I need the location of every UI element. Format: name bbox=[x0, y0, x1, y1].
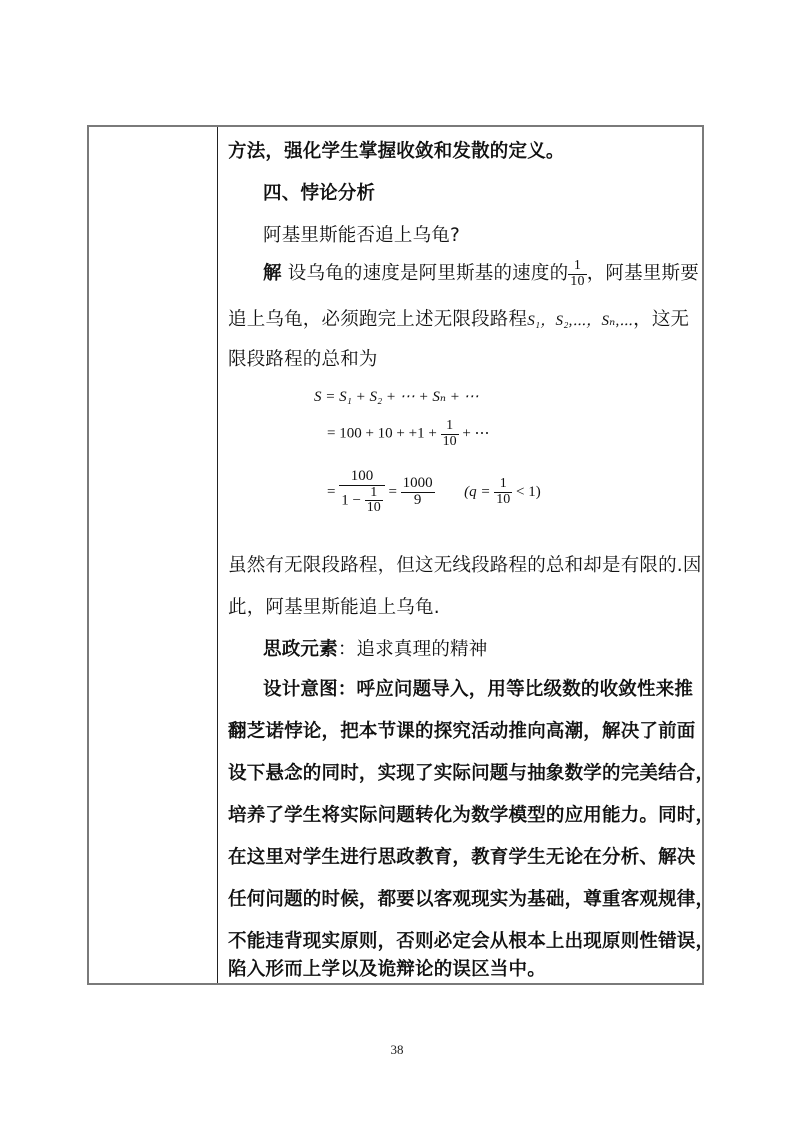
solution-line-3: 限段路程的总和为 bbox=[228, 345, 378, 371]
series-terms: S₁，S₂,⋯，Sₙ,⋯ bbox=[527, 313, 633, 329]
solution-line-2: 追上乌龟，必须跑完上述无限段路程S₁，S₂,⋯，Sₙ,⋯，这无 bbox=[228, 305, 689, 331]
question-text: 阿基里斯能否追上乌龟? bbox=[263, 221, 460, 247]
content-cell: 方法，强化学生掌握收敛和发散的定义。 四、悖论分析 阿基里斯能否追上乌龟? 解 … bbox=[219, 127, 702, 983]
equation-1: S = S₁ + S₂ + ⋯ + Sₙ + ⋯ bbox=[314, 387, 479, 406]
design-intent-line: 任何问题的时候，都要以客观现实为基础，尊重客观规律， bbox=[228, 885, 714, 911]
equation-3: = 100 1 − 110 = 10009 (q = 110 < 1) bbox=[327, 469, 541, 516]
solution-text: 设乌龟的速度是阿里斯基的速度的 bbox=[282, 263, 569, 284]
equation-2: = 100 + 10 + +1 + 110 + ⋯ bbox=[327, 419, 490, 449]
left-column-cell bbox=[89, 127, 218, 983]
solution-label: 解 bbox=[263, 263, 282, 284]
page-number: 38 bbox=[0, 1042, 794, 1058]
solution-line-1: 解 设乌龟的速度是阿里斯基的速度的110，阿基里斯要 bbox=[263, 259, 699, 289]
ideology-line: 思政元素：追求真理的精神 bbox=[263, 635, 487, 661]
section-heading: 四、悖论分析 bbox=[263, 179, 375, 205]
design-intent-line: 培养了学生将实际问题转化为数学模型的应用能力。同时， bbox=[228, 801, 714, 827]
design-intent-line: 在这里对学生进行思政教育，教育学生无论在分析、解决 bbox=[228, 843, 696, 869]
text-line: 方法，强化学生掌握收敛和发散的定义。 bbox=[228, 137, 565, 163]
lesson-table: 方法，强化学生掌握收敛和发散的定义。 四、悖论分析 阿基里斯能否追上乌龟? 解 … bbox=[87, 125, 704, 985]
conclusion-line-2: 此，阿基里斯能追上乌龟. bbox=[228, 593, 440, 619]
design-intent-line: 设计意图：呼应问题导入，用等比级数的收敛性来推 bbox=[263, 675, 693, 701]
ideology-label: 思政元素 bbox=[263, 639, 338, 660]
design-intent-line: 陷入形而上学以及诡辩论的误区当中。 bbox=[228, 955, 546, 981]
design-intent-line: 不能违背现实原则，否则必定会从根本上出现原则性错误， bbox=[228, 927, 714, 953]
fraction: 110 bbox=[568, 259, 586, 289]
design-intent-line: 设下悬念的同时，实现了实际问题与抽象数学的完美结合， bbox=[228, 759, 714, 785]
conclusion-line-1: 虽然有无限段路程，但这无线段路程的总和却是有限的.因 bbox=[228, 551, 702, 577]
design-intent-line: 翻芝诺悖论，把本节课的探究活动推向高潮，解决了前面 bbox=[228, 717, 696, 743]
